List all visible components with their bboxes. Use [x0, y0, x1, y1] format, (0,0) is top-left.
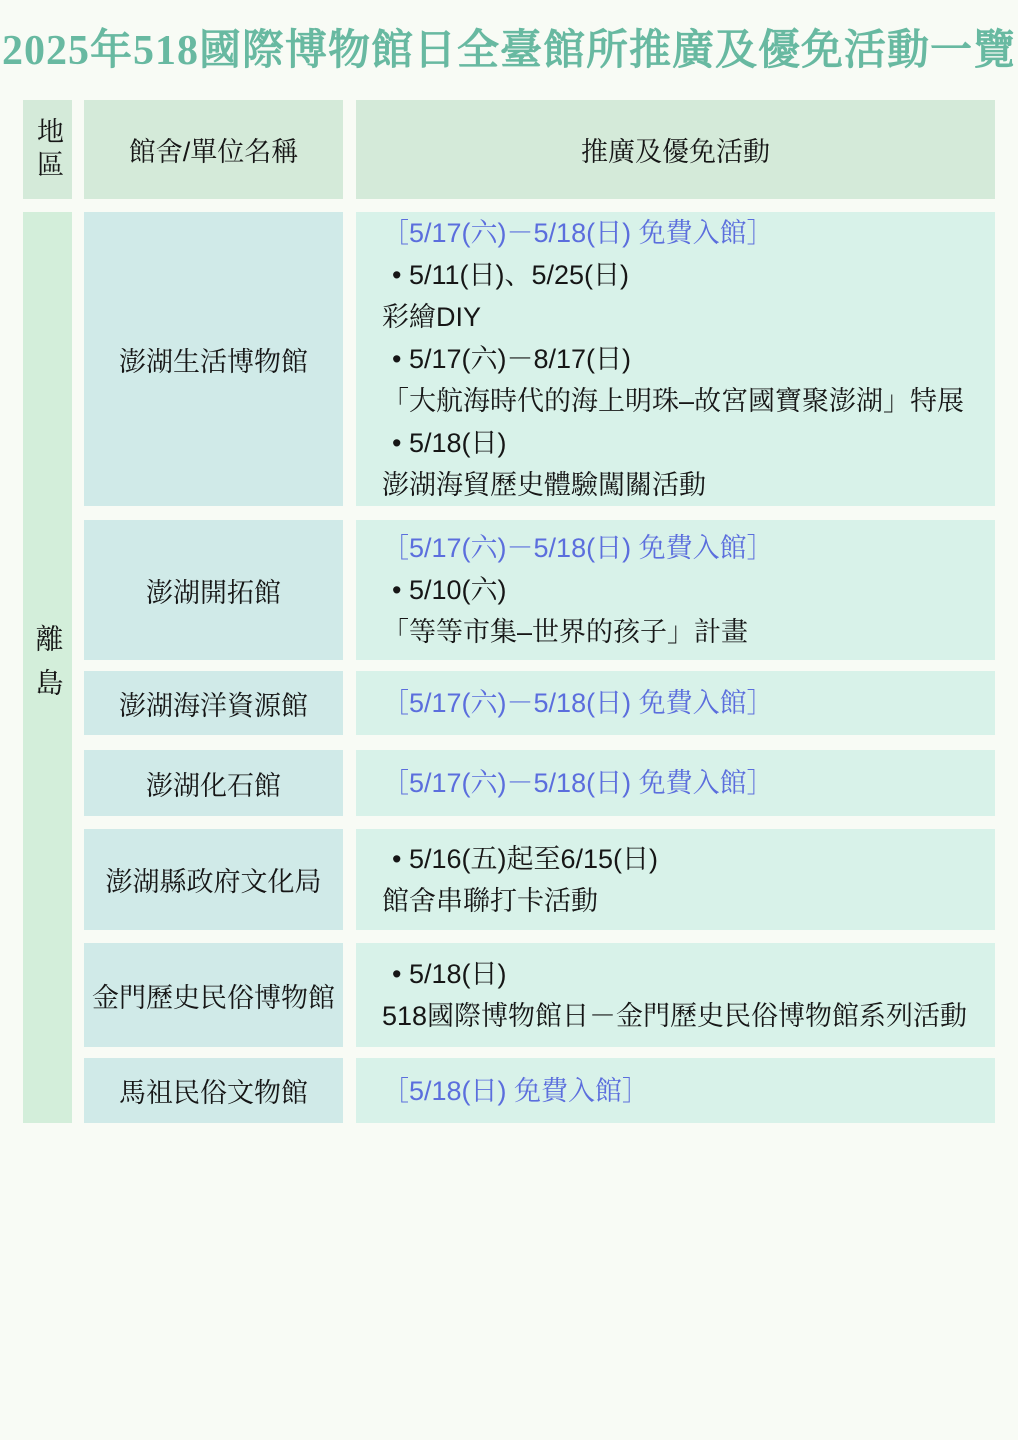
region-cell-outlying-islands: 離島 [23, 212, 72, 1123]
activity-line: 館舍串聯打卡活動 [382, 880, 985, 922]
activities-cell: ［5/17(六)－5/18(日) 免費入館］• 5/11(日)、5/25(日)彩… [356, 212, 995, 506]
activities-cell: ［5/17(六)－5/18(日) 免費入館］• 5/10(六)「等等市集–世界的… [356, 520, 995, 660]
activity-line: 518國際博物館日－金門歷史民俗博物館系列活動 [382, 995, 985, 1037]
activity-line: ［5/17(六)－5/18(日) 免費入館］ [382, 527, 985, 569]
activity-line: • 5/16(五)起至6/15(日) [382, 838, 985, 880]
activity-line: • 5/18(日) [382, 422, 985, 464]
page-title: 2025年518國際博物館日全臺館所推廣及優免活動一覽 [0, 20, 1018, 82]
activities-cell: • 5/18(日)518國際博物館日－金門歷史民俗博物館系列活動 [356, 943, 995, 1047]
activity-line: ［5/17(六)－5/18(日) 免費入館］ [382, 682, 985, 724]
museum-name-cell: 澎湖縣政府文化局 [84, 829, 343, 930]
activities-cell: ［5/17(六)－5/18(日) 免費入館］ [356, 671, 995, 735]
museum-name-cell: 澎湖化石館 [84, 750, 343, 816]
activity-line: • 5/17(六)－8/17(日) [382, 338, 985, 380]
activities-cell: ［5/17(六)－5/18(日) 免費入館］ [356, 750, 995, 816]
activity-line: 「等等市集–世界的孩子」計畫 [382, 611, 985, 653]
activity-line: 「大航海時代的海上明珠–故宮國寶聚澎湖」特展 [382, 380, 985, 422]
museum-name-cell: 澎湖海洋資源館 [84, 671, 343, 735]
activity-line: • 5/10(六) [382, 569, 985, 611]
activities-cell: • 5/16(五)起至6/15(日)館舍串聯打卡活動 [356, 829, 995, 930]
activity-line: • 5/11(日)、5/25(日) [382, 254, 985, 296]
museum-name-cell: 金門歷史民俗博物館 [84, 943, 343, 1047]
museum-name-cell: 澎湖生活博物館 [84, 212, 343, 506]
activity-line: ［5/17(六)－5/18(日) 免費入館］ [382, 212, 985, 254]
activity-line: • 5/18(日) [382, 953, 985, 995]
museum-name-cell: 馬祖民俗文物館 [84, 1058, 343, 1123]
header-activities: 推廣及優免活動 [356, 100, 995, 199]
museum-name-cell: 澎湖開拓館 [84, 520, 343, 660]
header-region-label: 地區 [34, 117, 61, 183]
activity-line: 澎湖海貿歷史體驗闖關活動 [382, 464, 985, 506]
activity-line: ［5/18(日) 免費入館］ [382, 1070, 985, 1112]
region-label: 離島 [34, 624, 62, 712]
activity-line: ［5/17(六)－5/18(日) 免費入館］ [382, 762, 985, 804]
activities-cell: ［5/18(日) 免費入館］ [356, 1058, 995, 1123]
header-name: 館舍/單位名稱 [84, 100, 343, 199]
header-region: 地區 [23, 100, 72, 199]
activity-line: 彩繪DIY [382, 296, 985, 338]
poster-page: 2025年518國際博物館日全臺館所推廣及優免活動一覽 地區 館舍/單位名稱 推… [0, 0, 1018, 1440]
